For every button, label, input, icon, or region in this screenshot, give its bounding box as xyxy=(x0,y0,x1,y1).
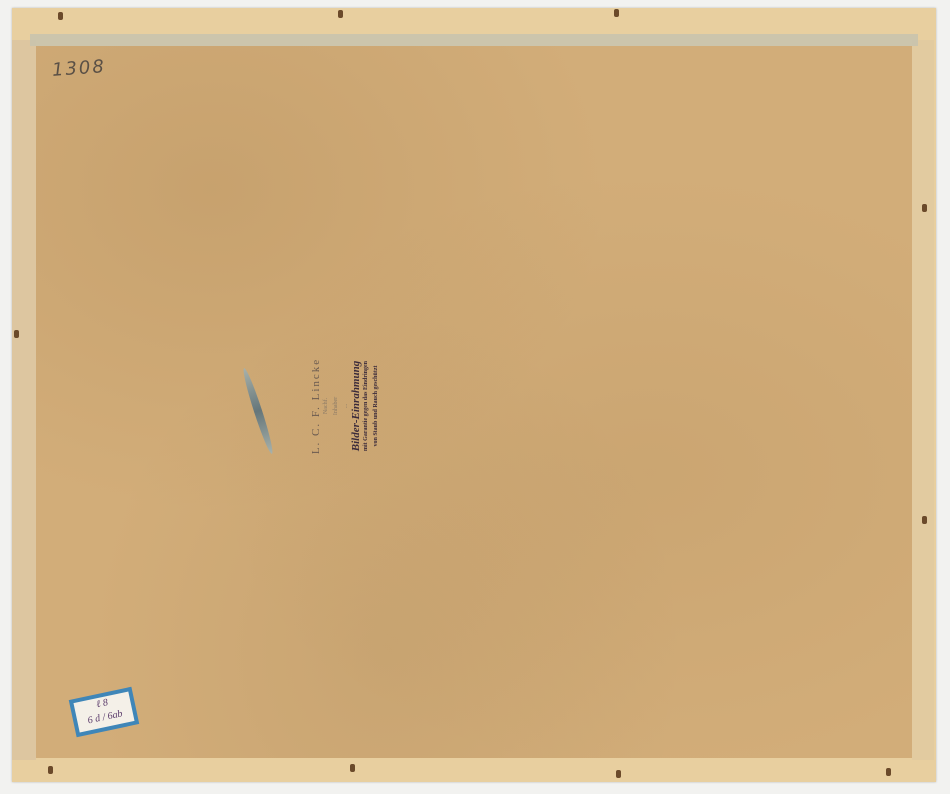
top-tape-strip xyxy=(30,34,918,46)
nail xyxy=(350,764,355,772)
nail xyxy=(922,204,927,212)
nail xyxy=(616,770,621,778)
nail xyxy=(922,516,927,524)
nail xyxy=(614,9,619,17)
nail xyxy=(338,10,343,18)
stamp-line: Bilder-Einrahmung xyxy=(351,351,361,461)
stamp-line: Inhaber xyxy=(331,351,341,461)
stamp-name: L. C. F. Lincke xyxy=(311,351,321,461)
right-tape-strip xyxy=(912,40,934,760)
handwritten-number: 1308 xyxy=(51,56,106,81)
cardboard-backing xyxy=(36,46,912,758)
nail xyxy=(58,12,63,20)
stamp-line: von Staub und Rauch geschützt xyxy=(371,351,381,461)
nail xyxy=(14,330,19,338)
left-tape-strip xyxy=(12,40,36,760)
nail xyxy=(886,768,891,776)
framer-stamp: L. C. F. Lincke Nachf. Inhaber ... Bilde… xyxy=(296,356,396,456)
stamp-line: Nachf. xyxy=(321,351,331,461)
nail xyxy=(48,766,53,774)
stamp-line: mit Garantie gegen das Eindringen xyxy=(361,351,371,461)
